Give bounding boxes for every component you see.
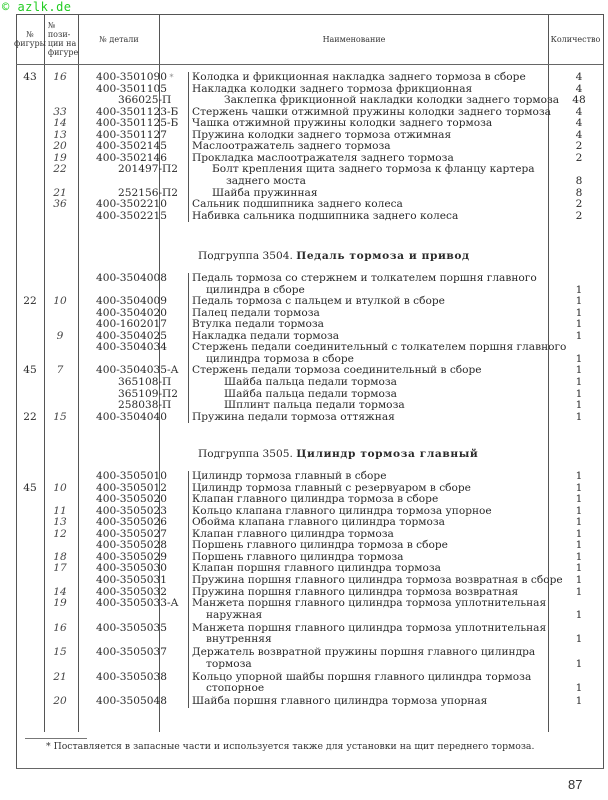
quantity: 1 [556, 610, 602, 622]
part-name: Манжета поршня главного цилиндра тормоза… [192, 623, 545, 646]
part-name-line: наружная [192, 610, 545, 622]
quantity: 8 [556, 176, 602, 188]
quantity: 1 [556, 319, 602, 331]
part-number-text: 400-3504008 [96, 272, 167, 284]
figure-number: 45 [16, 483, 44, 495]
position-number: 14 [44, 118, 76, 130]
part-number-text: 400-3502145 [96, 140, 167, 152]
part-number-text: 400-3505026 [96, 516, 167, 528]
part-name: Держатель возвратной пружины поршня глав… [192, 647, 545, 670]
position-number: 16 [44, 72, 76, 84]
footnote-rule [25, 738, 87, 739]
subgroup-name: Педаль тормоза и привод [296, 250, 470, 262]
part-number-text: 400-3504035-А [96, 364, 179, 376]
position-number: 9 [44, 331, 76, 343]
part-number-text: 400-3505020 [96, 493, 167, 505]
quantity: 1 [556, 587, 602, 599]
part-number: 400-3505033-А [96, 598, 176, 610]
part-number-text: 400-3501105 [96, 83, 167, 95]
watermark: © azlk.de [2, 0, 72, 14]
name-column-divider [188, 72, 189, 222]
quantity: 1 [556, 575, 602, 587]
part-number-text: 400-3505048 [96, 695, 167, 707]
position-number: 19 [44, 598, 76, 610]
name-column-divider [188, 471, 189, 708]
part-number-text: 400-1602017 [96, 318, 167, 330]
quantity: 4 [556, 118, 602, 130]
part-number-text: 400-3505030 [96, 562, 167, 574]
subgroup-name: Цилиндр тормоза главный [296, 448, 478, 460]
part-number-text: 400-3502210 [96, 198, 167, 210]
quantity: 1 [556, 296, 602, 308]
subgroup-title: Подгруппа 3505. Цилиндр тормоза главный [198, 448, 478, 460]
part-name: Обойма клапана главного цилиндра тормоза [192, 517, 545, 529]
footnote-marker: * [167, 73, 174, 82]
part-name-line: Колодка и фрикционная накладка заднего т… [192, 72, 545, 84]
quantity: 1 [556, 412, 602, 424]
part-number-text: 400-3502215 [96, 210, 167, 222]
part-name: Болт крепления щита заднего тормоза к фл… [212, 164, 545, 187]
part-number-text: 252156-П2 [118, 187, 178, 199]
quantity: 1 [556, 634, 602, 646]
quantity: 48 [556, 95, 602, 107]
part-number-text: 400-3504040 [96, 411, 167, 423]
position-number: 16 [44, 623, 76, 635]
figure-number: 43 [16, 72, 44, 84]
part-number-text: 400-3504020 [96, 307, 167, 319]
position-number: 10 [44, 296, 76, 308]
part-number-text: 400-3505033-А [96, 597, 179, 609]
part-name: Шайба пальца педали тормоза [224, 377, 545, 389]
part-name: Сальник подшипника заднего колеса [192, 199, 545, 211]
part-number-text: 258038-П [118, 399, 171, 411]
position-number: 36 [44, 199, 76, 211]
part-name-line: стопорное [192, 683, 545, 695]
footnote: * Поставляется в запасные части и исполь… [46, 741, 534, 752]
part-number-text: 400-3502146 [96, 152, 167, 164]
part-number-text: 400-3501125-Б [96, 117, 178, 129]
part-number: 201497-П2 [118, 164, 198, 176]
part-name-line: внутренняя [192, 634, 545, 646]
header-name: Наименование [160, 14, 548, 64]
part-name-line: Педаль тормоза с пальцем и втулкой в сбо… [192, 296, 545, 308]
part-name-line: Чашка отжимной пружины колодки заднего т… [192, 118, 545, 130]
part-number: 400-3505037 [96, 647, 176, 659]
part-name: Чашка отжимной пружины колодки заднего т… [192, 118, 545, 130]
quantity: 2 [556, 199, 602, 211]
header-rule [16, 64, 603, 65]
header-pos: № пози-ции на фигуре [45, 14, 78, 64]
quantity: 4 [556, 72, 602, 84]
part-name: Набивка сальника подшипника заднего коле… [192, 211, 545, 223]
position-number: 15 [44, 647, 76, 659]
quantity: 1 [556, 471, 602, 483]
figure-number: 22 [16, 412, 44, 424]
part-name: Кольцо упорной шайбы поршня главного цил… [192, 672, 545, 695]
part-number-text: 400-3505027 [96, 528, 167, 540]
part-number-text: 400-3505023 [96, 505, 167, 517]
part-number-text: 400-3505010 [96, 470, 167, 482]
part-name-line: Шайба поршня главного цилиндра тормоза у… [192, 696, 545, 708]
part-number-text: 400-3505035 [96, 622, 167, 634]
part-number: 400-3502215 [96, 211, 176, 223]
part-name-line: Набивка сальника подшипника заднего коле… [192, 211, 545, 223]
position-number: 13 [44, 517, 76, 529]
part-number: 400-3505048 [96, 696, 176, 708]
part-name-line: Шайба пальца педали тормоза [224, 377, 545, 389]
part-name: Втулка педали тормоза [192, 319, 545, 331]
part-name-line: Манжета поршня главного цилиндра тормоза… [192, 598, 545, 610]
part-name-line: Заклепка фрикционной накладки колодки за… [224, 95, 545, 107]
part-name: Педаль тормоза с пальцем и втулкой в сбо… [192, 296, 545, 308]
page-number: 87 [568, 777, 582, 792]
part-number-text: 400-3505037 [96, 646, 167, 658]
part-name-line: Пружина педали тормоза оттяжная [192, 412, 545, 424]
part-number: 400-3504034 [96, 342, 176, 354]
part-name-line: тормоза [192, 659, 545, 671]
col-divider [78, 14, 79, 732]
part-name-line: Цилиндр тормоза главный в сборе [192, 471, 545, 483]
part-number-text: 201497-П2 [118, 163, 178, 175]
quantity: 1 [556, 683, 602, 695]
subgroup-number: Подгруппа 3504. [198, 250, 296, 262]
figure-number: 22 [16, 296, 44, 308]
part-name: Колодка и фрикционная накладка заднего т… [192, 72, 545, 84]
name-column-divider [188, 273, 189, 423]
position-number: 7 [44, 365, 76, 377]
part-number-text: 400-3505031 [96, 574, 167, 586]
quantity: 1 [556, 517, 602, 529]
part-name: Цилиндр тормоза главный в сборе [192, 471, 545, 483]
part-number-text: 400-3505012 [96, 482, 167, 494]
part-number: 400-3504040 [96, 412, 176, 424]
part-number-text: 365108-П [118, 376, 171, 388]
part-name: Педаль тормоза со стержнем и толкателем … [192, 273, 545, 296]
part-name-line: Пружина поршня главного цилиндра тормоза… [192, 575, 545, 587]
position-number: 15 [44, 412, 76, 424]
quantity: 2 [556, 153, 602, 165]
part-name: Шплинт пальца педали тормоза [224, 400, 545, 412]
quantity: 1 [556, 696, 602, 708]
header-qty: Количество [549, 14, 602, 64]
position-number: 10 [44, 483, 76, 495]
part-number-text: 400-3505028 [96, 539, 167, 551]
part-number-text: 400-3505029 [96, 551, 167, 563]
position-number: 17 [44, 563, 76, 575]
part-number-text: 366025-П [118, 94, 171, 106]
part-number-text: 400-3504025 [96, 330, 167, 342]
part-name-line: Втулка педали тормоза [192, 319, 545, 331]
position-number: 20 [44, 696, 76, 708]
part-name: Шайба поршня главного цилиндра тормоза у… [192, 696, 545, 708]
part-name: Пружина педали тормоза оттяжная [192, 412, 545, 424]
part-name-line: Шплинт пальца педали тормоза [224, 400, 545, 412]
quantity: 1 [556, 400, 602, 412]
part-number: 400-3505038 [96, 672, 176, 684]
quantity: 1 [556, 659, 602, 671]
part-name-line: Педаль тормоза со стержнем и толкателем … [192, 273, 545, 285]
part-name: Заклепка фрикционной накладки колодки за… [224, 95, 545, 107]
position-number: 12 [44, 529, 76, 541]
part-number: 400-3505035 [96, 623, 176, 635]
part-number: 400-3504008 [96, 273, 176, 285]
part-name-line: Сальник подшипника заднего колеса [192, 199, 545, 211]
part-name-line: Обойма клапана главного цилиндра тормоза [192, 517, 545, 529]
part-number-text: 400-3501127 [96, 129, 167, 141]
part-name-line: заднего моста [212, 176, 545, 188]
part-number-text: 400-3504034 [96, 341, 167, 353]
subgroup-title: Подгруппа 3504. Педаль тормоза и привод [198, 250, 470, 262]
quantity: 2 [556, 211, 602, 223]
part-name: Пружина поршня главного цилиндра тормоза… [192, 575, 545, 587]
header-part: № детали [79, 14, 159, 64]
quantity: 1 [556, 494, 602, 506]
position-number: 21 [44, 672, 76, 684]
part-number-text: 400-3501123-Б [96, 106, 178, 118]
part-number-text: 400-3501090 [96, 71, 167, 83]
header-fig: № фигуры [16, 14, 44, 64]
part-number-text: 365109-П2 [118, 388, 178, 400]
quantity: 1 [556, 377, 602, 389]
subgroup-number: Подгруппа 3505. [198, 448, 296, 460]
part-name: Стержень педали соединительный с толкате… [192, 342, 545, 365]
part-name: Манжета поршня главного цилиндра тормоза… [192, 598, 545, 621]
part-name-line: Клапан главного цилиндра тормоза в сборе [192, 494, 545, 506]
part-number-text: 400-3505032 [96, 586, 167, 598]
position-number: 22 [44, 164, 76, 176]
part-number-text: 400-3505038 [96, 671, 167, 683]
part-name: Клапан главного цилиндра тормоза в сборе [192, 494, 545, 506]
col-divider [548, 14, 549, 732]
figure-number: 45 [16, 365, 44, 377]
part-number-text: 400-3504009 [96, 295, 167, 307]
